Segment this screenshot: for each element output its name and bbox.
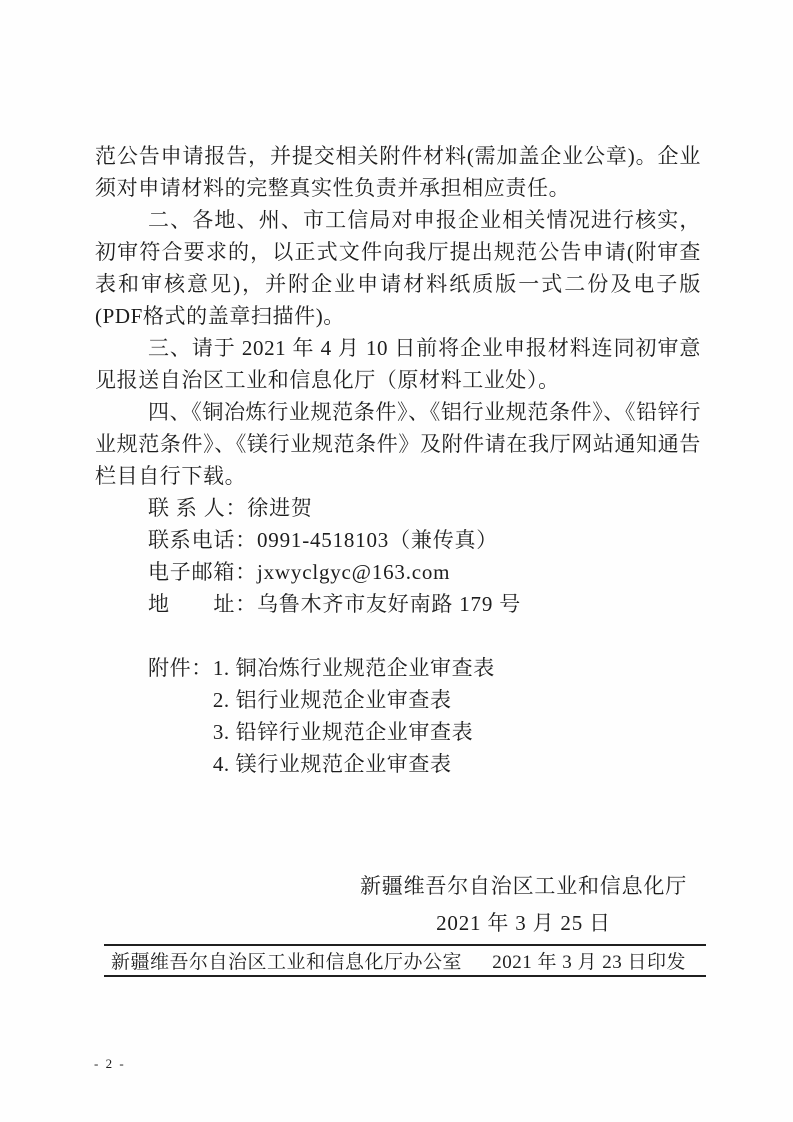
page-number: - 2 - (94, 1056, 126, 1072)
contact-person-line: 联 系 人：徐进贺 (95, 492, 701, 524)
contact-block: 联 系 人：徐进贺 联系电话：0991-4518103（兼传真） 电子邮箱：jx… (95, 492, 701, 620)
contact-email-line: 电子邮箱：jxwyclgyc@163.com (95, 556, 701, 588)
contact-phone-line: 联系电话：0991-4518103（兼传真） (95, 524, 701, 556)
attachment-item: 4. 镁行业规范企业审查表 (213, 748, 701, 780)
paragraph-item-four: 四、《铜冶炼行业规范条件》、《铝行业规范条件》、《铅锌行业规范条件》、《镁行业规… (95, 396, 701, 492)
document-page: 范公告申请报告，并提交相关附件材料(需加盖企业公章)。企业须对申请材料的完整真实… (0, 0, 793, 1122)
paragraph-item-three: 三、请于 2021 年 4 月 10 日前将企业申报材料连同初审意见报送自治区工… (95, 332, 701, 396)
attachments-block: 附件： 1. 铜冶炼行业规范企业审查表 2. 铝行业规范企业审查表 3. 铅锌行… (95, 652, 701, 780)
attachments-list: 1. 铜冶炼行业规范企业审查表 2. 铝行业规范企业审查表 3. 铅锌行业规范企… (213, 652, 701, 780)
signature-date: 2021 年 3 月 25 日 (360, 905, 687, 942)
colophon-office: 新疆维吾尔自治区工业和信息化厅办公室 (111, 947, 462, 974)
colophon-print-date: 2021 年 3 月 23 日印发 (492, 947, 686, 974)
attachment-item: 3. 铅锌行业规范企业审查表 (213, 716, 701, 748)
attachment-item: 1. 铜冶炼行业规范企业审查表 (213, 652, 701, 684)
contact-address-line: 地 址：乌鲁木齐市友好南路 179 号 (95, 588, 701, 620)
attachment-item: 2. 铝行业规范企业审查表 (213, 684, 701, 716)
signature-block: 新疆维吾尔自治区工业和信息化厅 2021 年 3 月 25 日 (360, 868, 687, 942)
signature-issuer: 新疆维吾尔自治区工业和信息化厅 (360, 868, 687, 905)
colophon-bar: 新疆维吾尔自治区工业和信息化厅办公室 2021 年 3 月 23 日印发 (104, 944, 706, 977)
paragraph-continuation: 范公告申请报告，并提交相关附件材料(需加盖企业公章)。企业须对申请材料的完整真实… (95, 140, 701, 204)
attachments-label: 附件： (148, 652, 213, 684)
paragraph-item-two: 二、各地、州、市工信局对申报企业相关情况进行核实，初审符合要求的，以正式文件向我… (95, 204, 701, 332)
document-body: 范公告申请报告，并提交相关附件材料(需加盖企业公章)。企业须对申请材料的完整真实… (95, 140, 701, 780)
